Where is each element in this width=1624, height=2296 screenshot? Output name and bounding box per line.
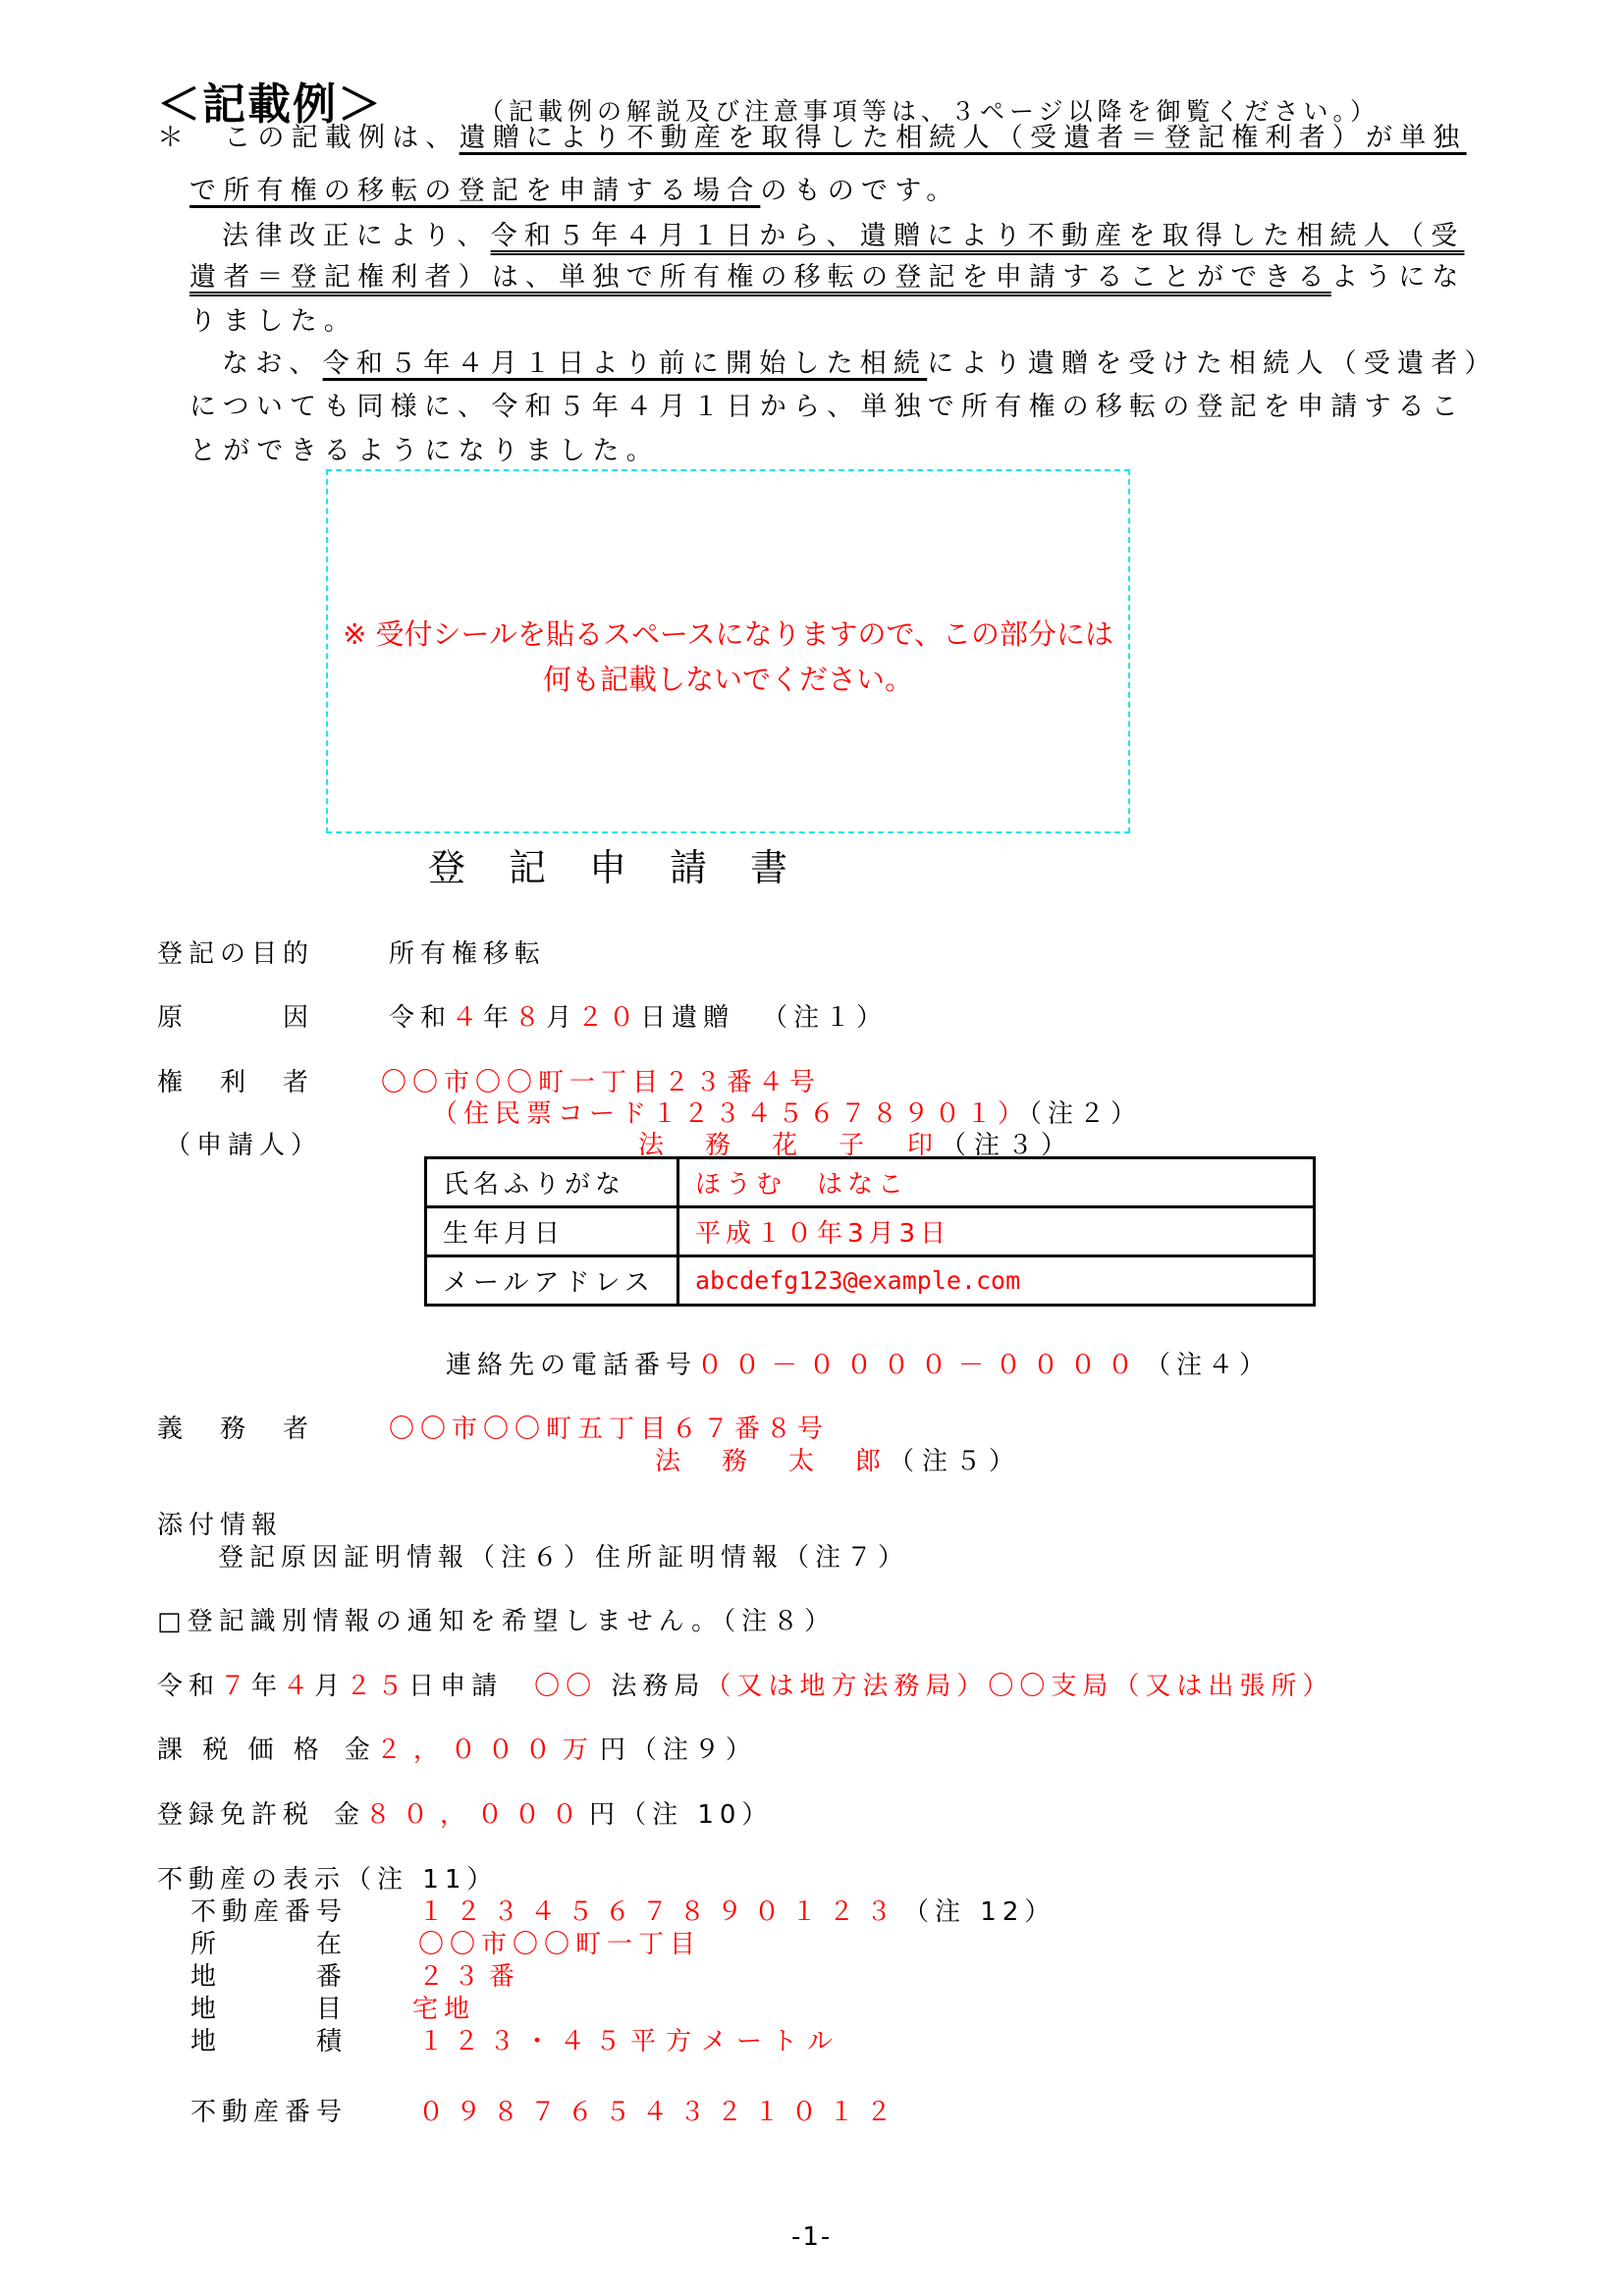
contact-info-table: 氏名ふりがな ほうむ はなこ 生年月日 平成１０年3月3日 メールアドレス ab…: [424, 1156, 1316, 1307]
property-number-value: １２３４５６７８９０１２３: [418, 1897, 903, 1927]
purpose-value: 所有権移転: [389, 939, 546, 969]
table-label: 生年月日: [426, 1207, 678, 1256]
phone-value: ００－００００－００００: [697, 1351, 1145, 1380]
taxable-value-amount: ２，０００万: [376, 1735, 600, 1765]
identification-option[interactable]: □登記識別情報の通知を希望しません。（注８）: [157, 1607, 836, 1636]
table-value[interactable]: ほうむ はなこ: [678, 1158, 1315, 1207]
underlined-text: 遺贈により不動産を取得した相続人（受遺者＝登記権利者）が単独: [460, 123, 1467, 153]
table-value[interactable]: 平成１０年3月3日: [678, 1207, 1315, 1256]
table-label: 氏名ふりがな: [426, 1158, 678, 1207]
intro-p1-line2: で所有権の移転の登記を申請する場合のものです。: [189, 177, 959, 206]
underlined-text: 令和５年４月１日より前に開始した相続: [323, 348, 928, 379]
taxable-value-label: 課 税 価 格: [157, 1735, 325, 1765]
note-ref: （注４）: [1145, 1351, 1271, 1380]
double-underlined-text: 令和５年４月１日から、遺贈により不動産を取得した相続人（受: [491, 221, 1465, 251]
double-underlined-text: 遺者＝登記権利者）は、単独で所有権の移転の登記を申請することができる: [189, 262, 1331, 293]
obligor-name-line: 法 務 太 郎（注５）: [655, 1447, 1022, 1476]
receipt-notice-line1: ※ 受付シールを貼るスペースになりますので、この部分には: [328, 613, 1128, 656]
right-holder-label: 権 利 者: [157, 1068, 314, 1097]
lot-number-label: 地 番: [190, 1962, 348, 1992]
property-number-label: 不動産番号: [190, 1897, 348, 1927]
note-ref: （注９）: [631, 1735, 757, 1765]
obligor-label: 義 務 者: [157, 1415, 314, 1444]
resident-code-line: （住民票コード１２３４５６７８９０１）（注２）: [432, 1099, 1142, 1129]
location-label: 所 在: [190, 1930, 348, 1959]
intro-p3-line1: なお、令和５年４月１日より前に開始した相続により遺贈を受けた相続人（受遺者）: [222, 349, 1498, 379]
location-value: 〇〇市〇〇町一丁目: [418, 1930, 701, 1959]
registration-tax-amount: ８０，０００: [365, 1800, 589, 1830]
property-number-2-value: ０９８７６５４３２１０１２: [418, 2098, 903, 2127]
area-value: １２３・４５平方メートル: [418, 2027, 842, 2056]
right-holder-address: 〇〇市〇〇町一丁目２３番４号: [381, 1068, 821, 1097]
intro-p2-line3: りました。: [189, 307, 357, 337]
bullet-asterisk: ＊: [157, 123, 190, 153]
table-row: 生年月日 平成１０年3月3日: [426, 1207, 1315, 1256]
note-ref: （注１）: [762, 1003, 888, 1033]
cause-label: 原 因: [157, 1003, 314, 1033]
application-line: 令和７年４月２５日申請 〇〇 法務局（又は地方法務局）〇〇支局（又は出張所）: [157, 1672, 1333, 1701]
underlined-text: で所有権の移転の登記を申請する場合: [189, 176, 760, 206]
registration-tax-label: 登録免許税: [157, 1800, 314, 1830]
purpose-label: 登記の目的: [157, 939, 314, 969]
note-ref: （注 11）: [346, 1865, 498, 1895]
obligor-name: 法 務 太 郎: [655, 1447, 889, 1476]
applicant-label: （申請人）: [165, 1131, 322, 1160]
taxable-value-line: 課 税 価 格金２，０００万円（注９）: [157, 1735, 757, 1765]
page-number: -1-: [791, 2222, 832, 2252]
intro-p3-line2: についても同様に、令和５年４月１日から、単独で所有権の移転の登記を申請するこ: [189, 393, 1465, 422]
table-row: メールアドレス abcdefg123@example.com: [426, 1256, 1315, 1306]
table-row: 氏名ふりがな ほうむ はなこ: [426, 1158, 1315, 1207]
intro-p2-line2: 遺者＝登記権利者）は、単独で所有権の移転の登記を申請することができるようにな: [189, 263, 1466, 293]
receipt-notice-line2: 何も記載しないでください。: [328, 658, 1128, 701]
property-number-line: １２３４５６７８９０１２３（注 12）: [418, 1897, 1056, 1927]
phone-line: 連絡先の電話番号００－００００－００００（注４）: [446, 1351, 1271, 1380]
area-label: 地 積: [190, 2027, 348, 2056]
note-ref: （注 12）: [903, 1897, 1056, 1927]
form-title: 登記申請書: [428, 846, 831, 889]
cause-value: 令和４年８月２０日遺贈（注１）: [389, 1003, 888, 1033]
note-ref: （注５）: [889, 1447, 1022, 1476]
attachments-value: 登記原因証明情報（注６）住所証明情報（注７）: [218, 1543, 909, 1573]
phone-label: 連絡先の電話番号: [446, 1351, 697, 1380]
land-category-label: 地 目: [190, 1995, 348, 2024]
note-ref: （注２）: [1029, 1099, 1142, 1129]
intro-p3-line3: とができるようになりました。: [189, 437, 660, 466]
intro-p2-line1: 法律改正により、令和５年４月１日から、遺贈により不動産を取得した相続人（受: [222, 222, 1464, 251]
note-ref: （注 10）: [621, 1800, 773, 1830]
registration-tax-line: 登録免許税金８０，０００円（注 10）: [157, 1800, 773, 1830]
lot-number-value: ２３番: [418, 1962, 524, 1992]
property-number-2-label: 不動産番号: [190, 2098, 348, 2127]
obligor-address: 〇〇市〇〇町五丁目６７番８号: [389, 1415, 829, 1444]
intro-p1-line1: ＊この記載例は、遺贈により不動産を取得した相続人（受遺者＝登記権利者）が単独: [157, 124, 1467, 153]
table-label: メールアドレス: [426, 1256, 678, 1306]
checkbox-icon[interactable]: □: [157, 1607, 188, 1636]
land-category-value: 宅地: [412, 1995, 475, 2024]
receipt-sticker-area: ※ 受付シールを貼るスペースになりますので、この部分には 何も記載しないでくださ…: [326, 469, 1130, 833]
table-value-email[interactable]: abcdefg123@example.com: [678, 1256, 1315, 1306]
property-heading: 不動産の表示（注 11）: [157, 1865, 498, 1895]
attachments-label: 添付情報: [157, 1511, 283, 1540]
